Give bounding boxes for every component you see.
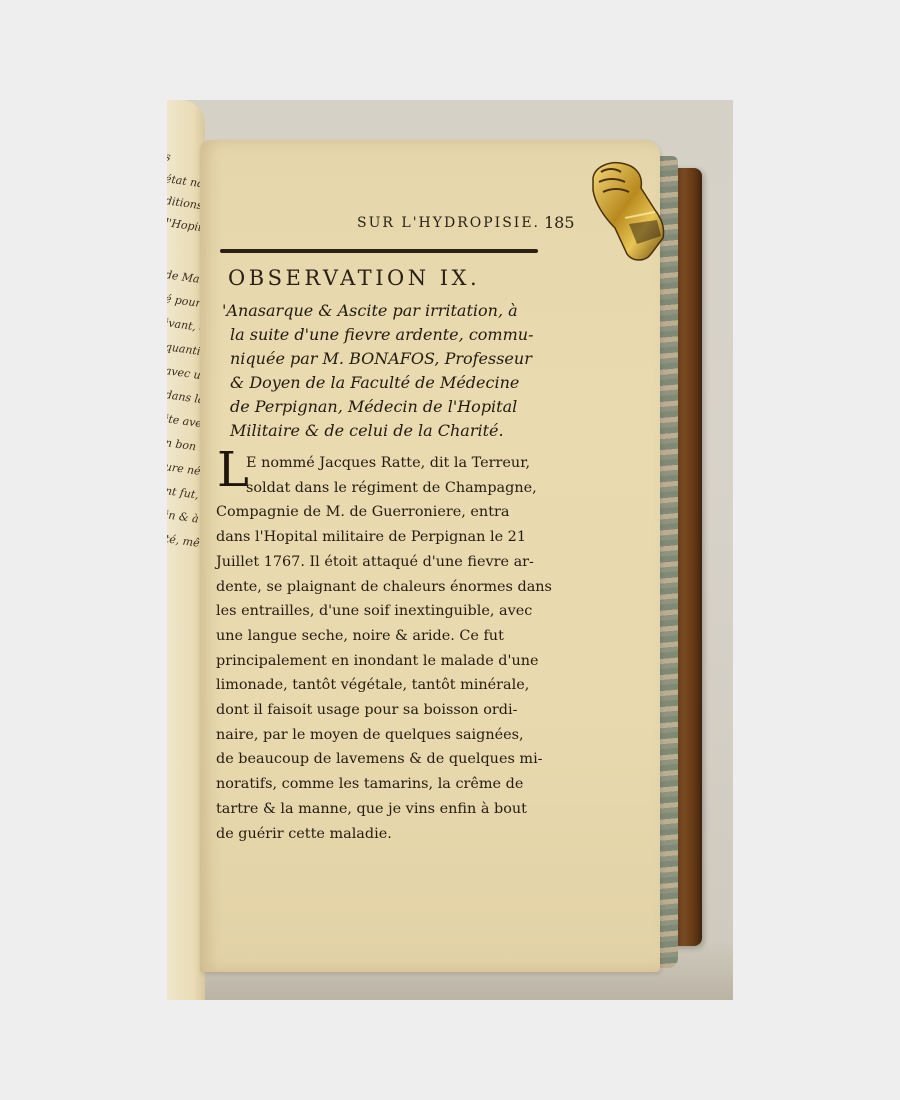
subtitle-line: de Perpignan, Médecin de l'Hopital — [222, 395, 544, 419]
page-number: 185 — [544, 213, 575, 232]
body-text: E nommé Jacques Ratte, dit la Terreur, s… — [216, 451, 546, 846]
body-line: une langue seche, noire & aride. Ce fut — [216, 624, 546, 649]
body-line: dente, se plaignant de chaleurs énormes … — [216, 575, 546, 600]
observation-title: OBSERVATION IX. — [228, 266, 480, 290]
running-head: SUR L'HYDROPISIE. — [200, 215, 540, 231]
observation-subtitle: 'Anasarque & Ascite par irritation, à la… — [222, 299, 544, 443]
body-line: limonade, tantôt végétale, tantôt minéra… — [216, 673, 546, 698]
body-line: naire, par le moyen de quelques saignées… — [216, 723, 546, 748]
body-line: de guérir cette maladie. — [216, 822, 546, 847]
body-line: soldat dans le régiment de Champagne, — [216, 476, 546, 501]
body-line: les entrailles, d'une soif inextinguible… — [216, 599, 546, 624]
body-line: Compagnie de M. de Guerroniere, entra — [216, 500, 546, 525]
body-line: tartre & la manne, que je vins enfin à b… — [216, 797, 546, 822]
subtitle-line: 'Anasarque & Ascite par irritation, à — [222, 299, 544, 323]
subtitle-line: niquée par M. BONAFOS, Professeur — [222, 347, 544, 371]
subtitle-line: la suite d'une fievre ardente, commu- — [222, 323, 544, 347]
body-line: Juillet 1767. Il étoit attaqué d'une fie… — [216, 550, 546, 575]
subtitle-line: Militaire & de celui de la Charité. — [222, 419, 544, 443]
book-photo: s état natur. Lorsq ditions, & le l'Hopi… — [167, 100, 733, 1000]
body-line: E nommé Jacques Ratte, dit la Terreur, — [216, 451, 546, 476]
body-line: principalement en inondant le malade d'u… — [216, 649, 546, 674]
body-line: noratifs, comme les tamarins, la crême d… — [216, 772, 546, 797]
left-page-fragment: s — [167, 150, 172, 164]
header-rule — [220, 249, 538, 253]
body-line: dans l'Hopital militaire de Perpignan le… — [216, 525, 546, 550]
subtitle-line: & Doyen de la Faculté de Médecine — [222, 371, 544, 395]
brass-hand-bookmark-icon — [585, 158, 671, 268]
body-line: dont il faisoit usage pour sa boisson or… — [216, 698, 546, 723]
body-line: de beaucoup de lavemens & de quelques mi… — [216, 747, 546, 772]
